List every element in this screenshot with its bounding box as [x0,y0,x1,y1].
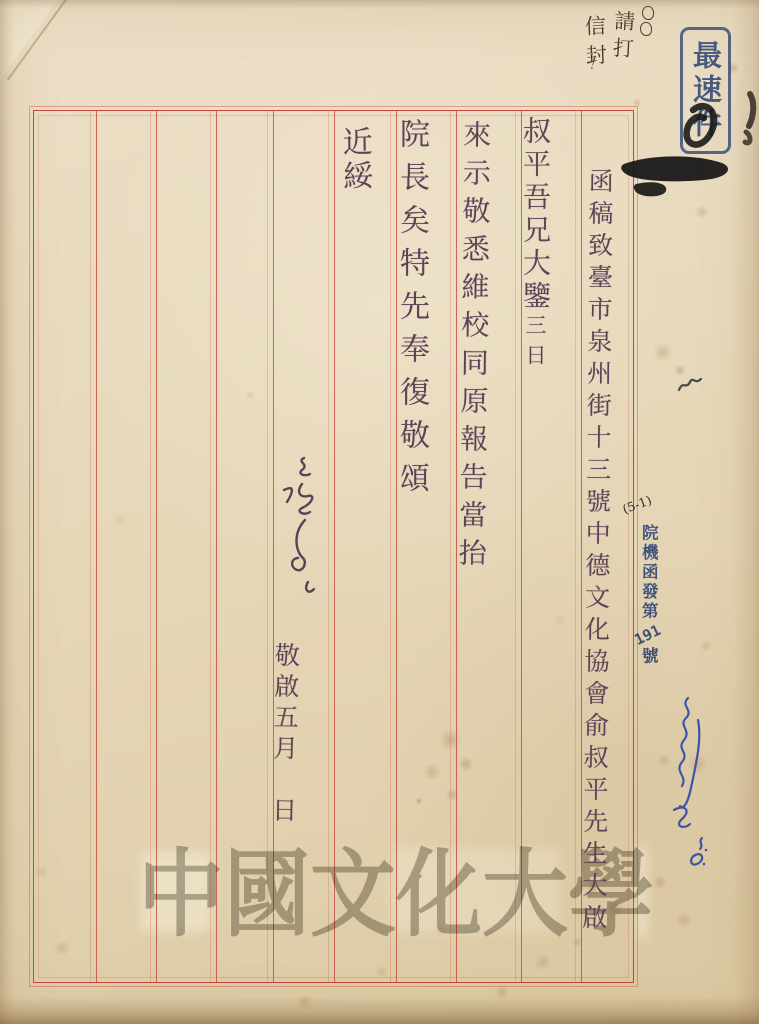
grid-column-line [156,111,157,982]
handwritten-column-address: 函稿致臺市泉州街十三號中德文化協會俞叔平先生大啟 [581,168,613,936]
serial-stamp-number: 191 [632,620,664,648]
circle-mark [642,6,654,20]
serial-number-stamp: 院機函發第 191 號 [634,524,662,666]
handwritten-column-body-1: 來示敬悉維校同原報告當抬 [457,120,490,576]
paper-bottom-edge [0,996,759,1024]
salutation-text: 叔平吾兄大鑒 [519,116,552,314]
serial-stamp-prefix: 院機函發第 [640,524,657,622]
cursive-check-mark [674,372,708,400]
circle-mark [640,22,652,36]
envelope-note-col1: 請打 [611,9,635,64]
handwritten-column-body-2: 院長矣特先奉復敬頌 [396,118,426,505]
double-circle-mark [642,6,654,38]
handwritten-date-line: 敬啟五月 日 [270,642,298,828]
letter-paper: 中 國 文 化 大 學 函稿致臺市泉州街十三號中德文化協會俞叔平先生大啟 叔平吾… [0,0,759,1024]
grid-column-line [216,111,217,982]
corner-fold-crease [7,0,69,80]
grid-column-line [334,111,335,982]
cursive-blue-note-scribble [658,692,722,867]
handwritten-column-closing: 近綏 [338,126,369,195]
handwritten-column-salutation: 叔平吾兄大鑒三日 [521,116,549,374]
grid-column-line [96,111,97,982]
body-start-text: 三日 [523,314,547,374]
signature-scribble [272,450,324,610]
corner-fold [0,0,58,80]
black-ink-smudges [596,84,759,209]
serial-stamp-suffix: 號 [640,647,657,667]
